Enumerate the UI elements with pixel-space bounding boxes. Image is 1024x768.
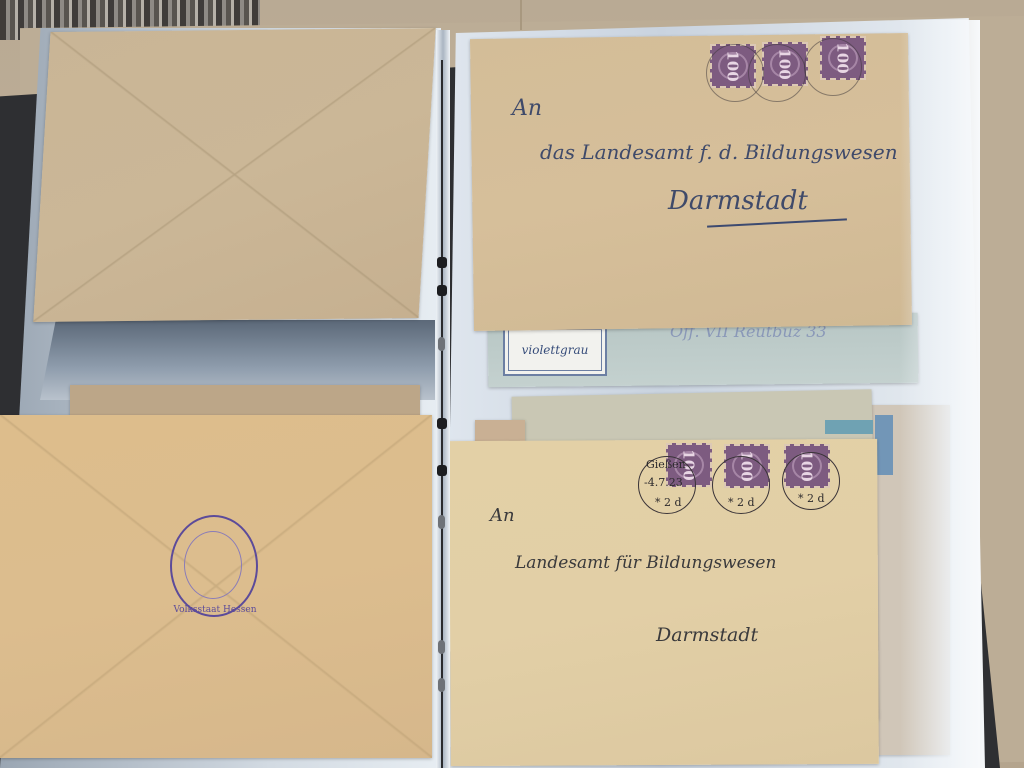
album-spine (436, 30, 450, 768)
binder-ring (437, 257, 447, 268)
address-city: Darmstadt (656, 624, 758, 646)
postmark-town: Gießen (646, 458, 686, 471)
postmark-code: * 2 d (798, 492, 825, 505)
blue-stamp (825, 420, 873, 434)
binder-ring (437, 418, 447, 429)
color-label: violettgrau (503, 324, 607, 376)
postmark (748, 44, 806, 102)
page-hole (438, 515, 445, 529)
postmark-date: -4.7.23 (644, 476, 683, 489)
official-seal-stamp (170, 515, 258, 617)
address-line: Landesamt für Bildungswesen (515, 553, 776, 573)
postmark-code: * 2 d (728, 496, 755, 509)
address-city: Darmstadt (668, 186, 808, 216)
binder-ring (437, 465, 447, 476)
postmark-code: * 2 d (655, 496, 682, 509)
page-hole (438, 678, 445, 692)
blue-stamp (875, 415, 893, 475)
cardboard-crease (520, 0, 522, 30)
page-hole (438, 640, 445, 654)
page-hole (438, 337, 445, 351)
address-salutation: An (490, 505, 515, 526)
address-line: das Landesamt f. d. Bildungswesen (540, 140, 898, 164)
envelope-top-left[interactable] (33, 28, 436, 322)
seal-text: Volksstaat Hessen (160, 605, 270, 615)
address-salutation: An (512, 96, 542, 121)
postmark (804, 38, 862, 96)
spine-wire (441, 60, 443, 768)
envelope-flap (33, 28, 436, 322)
binder-ring (437, 285, 447, 296)
plastic-sleeve-edge (900, 20, 980, 768)
